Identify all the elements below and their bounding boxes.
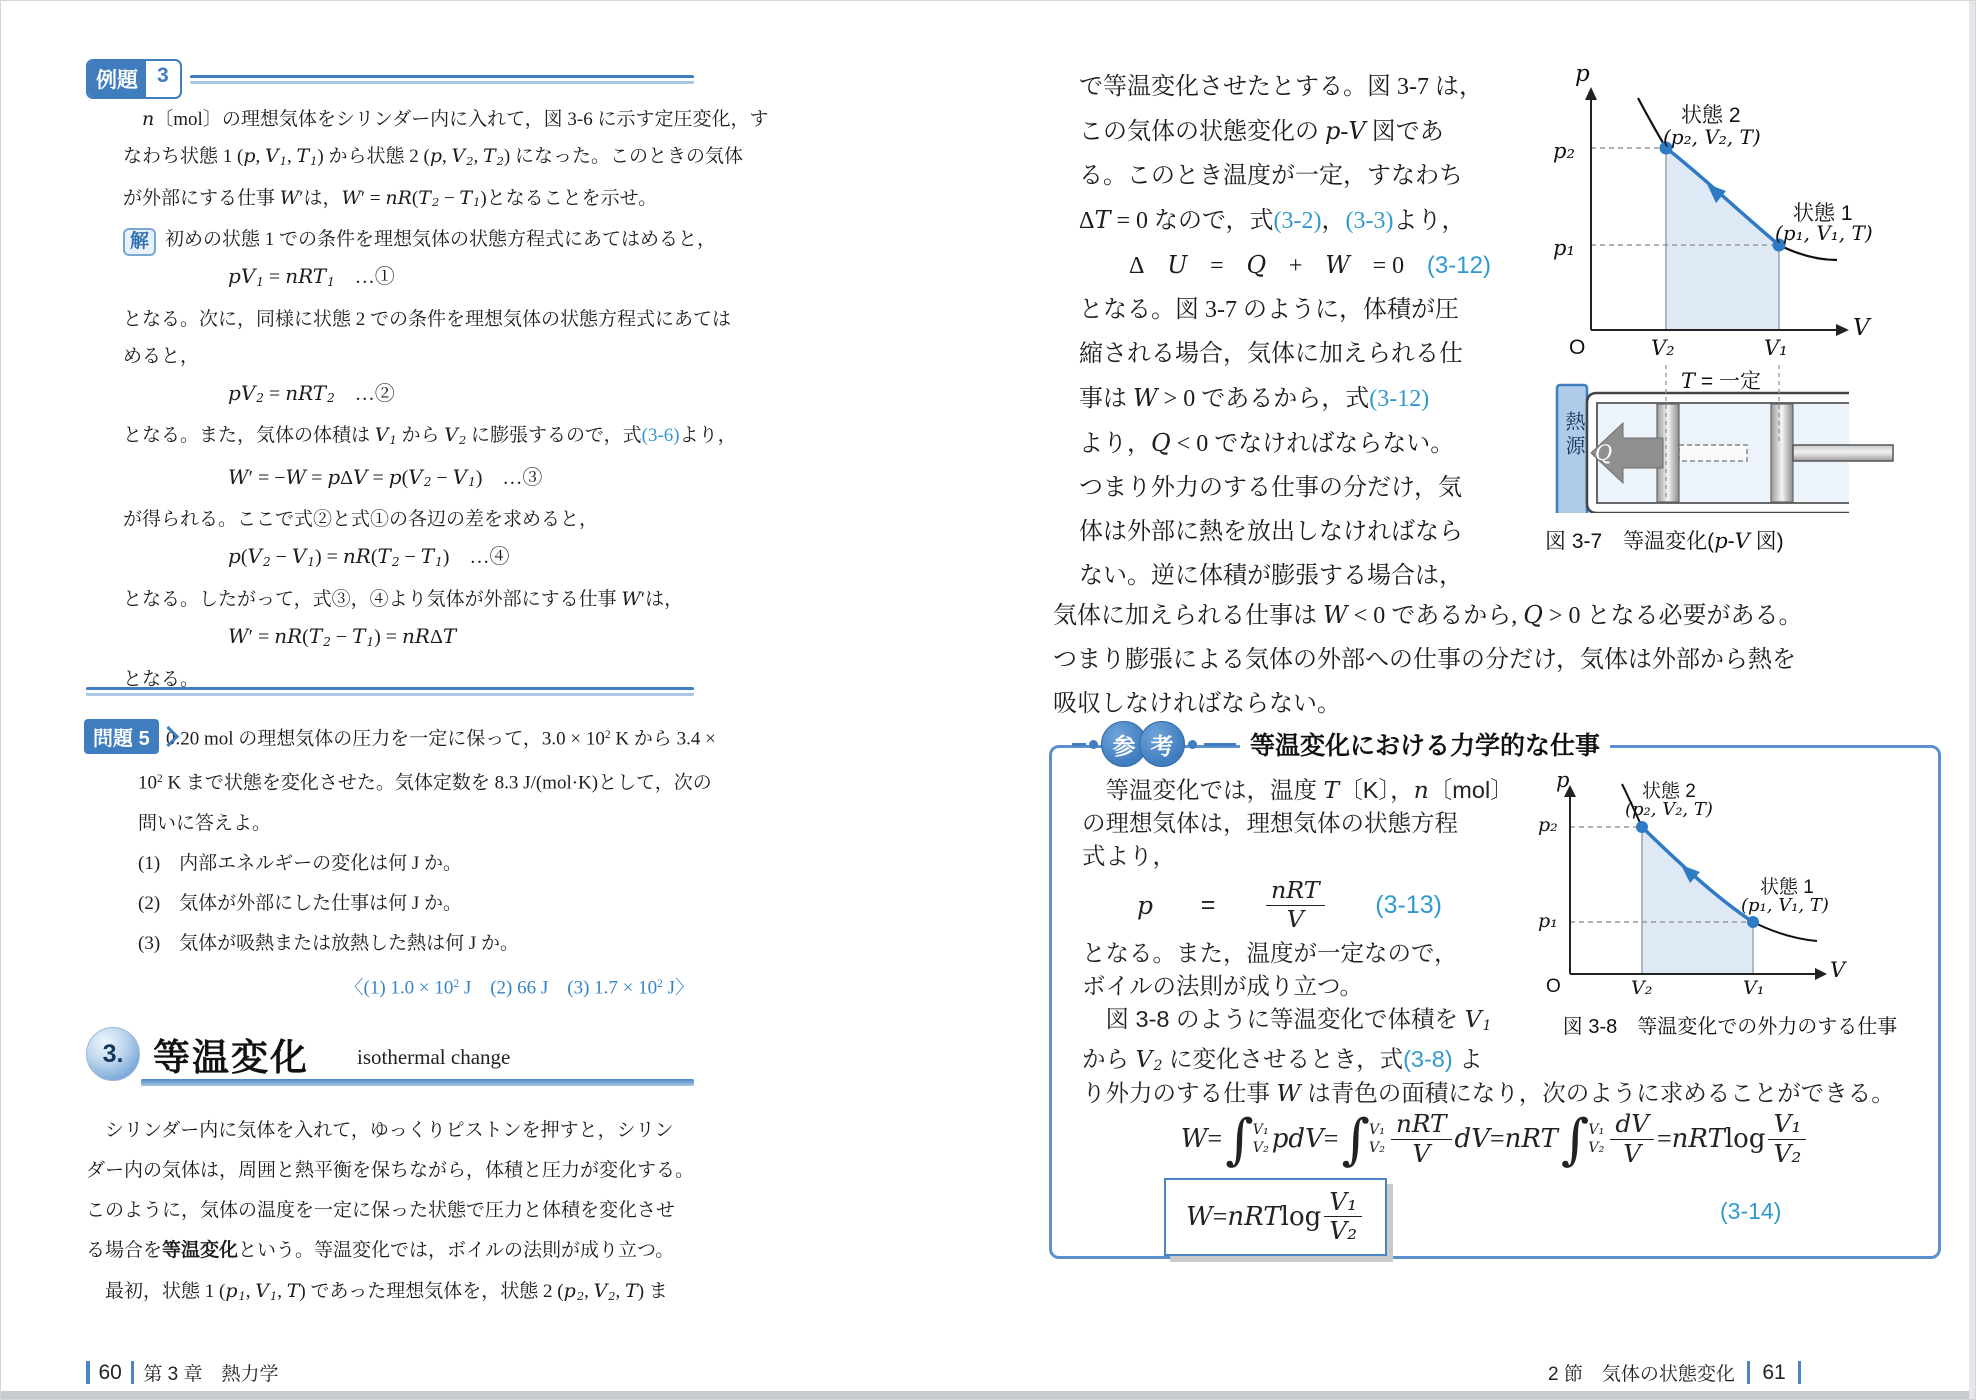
text-line: ボイルの法則が成り立つ。: [1082, 970, 1512, 1003]
text-line: となる。したがって，式③，④より気体が外部にする仕事 W′は，: [123, 581, 701, 618]
text-line: 体は外部に熱を放出しなければなら: [1079, 510, 1491, 554]
p-axis-label: p: [1575, 61, 1590, 87]
reference-title: 等温変化における力学的な仕事: [1240, 726, 1610, 762]
footer-bar: [1798, 1361, 1802, 1384]
text-line: 式より，: [1082, 840, 1512, 873]
pv-diagram-svg: [1530, 764, 1930, 1004]
text-line: の理想気体は，理想気体の状態方程: [1082, 807, 1512, 840]
piston-plate-v1: [1771, 404, 1793, 502]
reference-badge: 参 考 等温変化における力学的な仕事: [1072, 721, 1610, 767]
badge-line: [1072, 743, 1086, 746]
v-axis-label: V: [1830, 958, 1845, 982]
text-line: 102 K まで状態を変化させた。気体定数を 8.3 J/(mol·K)として，…: [138, 759, 694, 803]
state1-params: (p₁, V₁, T): [1741, 895, 1829, 916]
text-line: (2) 気体が外部にした仕事は何 J か。: [138, 884, 694, 924]
page-bottom-edge: [1, 1391, 1976, 1400]
text-line: 問いに答えよ。: [138, 804, 694, 844]
text-line: で等温変化させたとする。図 3-7 は，: [1079, 65, 1491, 109]
example-rule-bottom: [86, 687, 694, 696]
example-body: n〔mol〕の理想気体をシリンダー内に入れて，図 3-6 に示す定圧変化，すなわ…: [123, 101, 701, 698]
p-axis-label: p: [1556, 768, 1569, 792]
figure-3-8-caption: 図 3-8 等温変化での外力のする仕事: [1530, 1010, 1930, 1039]
text-line: n〔mol〕の理想気体をシリンダー内に入れて，図 3-6 に示す定圧変化，す: [123, 101, 701, 138]
work-area-shade: [1666, 148, 1779, 330]
text-line: 最初，状態 1 (p1, V1, T) であった理想気体を，状態 2 (p2, …: [86, 1271, 701, 1316]
equation-number: (3-12): [1427, 244, 1491, 288]
footer-bar: [131, 1361, 135, 1384]
origin-label: O: [1546, 976, 1561, 998]
text-line: つまり膨張による気体の外部への仕事の分だけ，気体は外部から熱を: [1053, 638, 1905, 682]
text-line: ない。逆に体積が膨張する場合は，: [1079, 554, 1491, 598]
heat-source-label: 熱源: [1559, 411, 1588, 459]
text-line: このように，気体の温度を一定に保った状態で圧力と体積を変化させ: [86, 1191, 701, 1231]
text-line: 図 3-8 のように等温変化で体積を V1: [1082, 1003, 1512, 1043]
text-line: p = nRTV(3-13): [1082, 873, 1512, 937]
section-underline: [141, 1079, 694, 1086]
work-area-shade: [1642, 827, 1753, 974]
problem-badge-number: 5: [139, 728, 150, 750]
state2-point: [1636, 821, 1648, 833]
reference-column: 等温変化では，温度 T〔K〕，n〔mol〕の理想気体は，理想気体の状態方程式より…: [1082, 774, 1512, 1083]
equation-number-3-14: (3-14): [1720, 1198, 1781, 1225]
badge-dot: [1188, 740, 1197, 749]
page-number-left: 60: [99, 1361, 122, 1385]
text-line: (3) 気体が吸熱または放熱した熱は何 J か。: [138, 924, 694, 964]
text-line: なわち状態 1 (p, V1, T1) から状態 2 (p, V2, T2) に…: [123, 138, 701, 180]
problem-lines: 0.20 mol の理想気体の圧力を一定に保って，3.0 × 102 K から …: [138, 715, 694, 1008]
example-rule-top: [190, 75, 694, 84]
p2-tick-label: p₂: [1553, 139, 1575, 163]
text-line: つまり外力のする仕事の分だけ，気: [1079, 466, 1491, 510]
work-integral-equation: W = ∫V₁V₂pdV = ∫V₁V₂nRTV dV = nRT ∫V₁V₂d…: [1092, 1104, 1898, 1174]
section-label: 2 節 気体の状態変化: [1548, 1359, 1735, 1386]
state2-params: (p₂, V₂, T): [1663, 125, 1761, 149]
text-line: る。このとき温度が一定，すなわち: [1079, 154, 1491, 198]
body-paragraph: シリンダー内に気体を入れて，ゆっくりピストンを押すと，シリンダー内の気体は，周囲…: [86, 1111, 701, 1316]
p1-tick-label: p₁: [1553, 236, 1575, 260]
reference-box: 参 考 等温変化における力学的な仕事 等温変化では，温度 T〔K〕，n〔mol〕…: [1049, 745, 1941, 1259]
section-title: 等温変化: [153, 1027, 309, 1081]
example-badge-label: 例題: [88, 61, 146, 97]
t-constant-label: T = 一定: [1681, 365, 1761, 395]
text-line: が外部にする仕事 W′は，W′ = nR(T2 − T1)となることを示せ。: [123, 180, 701, 222]
footer-bar: [86, 1361, 90, 1384]
chevron-right-icon: [158, 726, 179, 747]
v2-tick-label: V₂: [1651, 336, 1675, 360]
p1-tick-label: p₁: [1538, 910, 1558, 932]
text-line: 等温変化では，温度 T〔K〕，n〔mol〕: [1082, 774, 1512, 807]
text-line: 解初めの状態 1 での条件を理想気体の状態方程式にあてはめると，: [123, 221, 701, 258]
v-axis-label: V: [1853, 315, 1870, 341]
text-line: この気体の状態変化の p-V 図であ: [1079, 109, 1491, 154]
heat-q-label: Q: [1595, 441, 1612, 465]
text-line: となる。図 3-7 のように，体積が圧: [1079, 288, 1491, 332]
text-line: ダー内の気体は，周囲と熱平衡を保ちながら，体積と圧力が変化する。: [86, 1151, 701, 1191]
badge-dot: [1089, 740, 1098, 749]
state1-point: [1747, 916, 1759, 928]
text-line: 気体に加えられる仕事は W < 0 であるから, Q > 0 となる必要がある。: [1053, 593, 1905, 638]
piston-rod: [1793, 445, 1893, 461]
state2-params: (p₂, V₂, T): [1625, 799, 1713, 820]
section-subtitle: isothermal change: [357, 1045, 510, 1070]
text-line: 吸収しなければならない。: [1053, 682, 1905, 726]
text-line: が得られる。ここで式②と式①の各辺の差を求めると，: [123, 501, 701, 538]
text-line: めると，: [123, 338, 701, 375]
text-line: pV2 = nRT2 …②: [123, 375, 701, 418]
phantom-rod: [1679, 445, 1747, 461]
text-line: る場合を等温変化という。等温変化では，ボイルの法則が成り立つ。: [86, 1231, 701, 1271]
problem-badge-label: 問題: [93, 728, 133, 750]
text-line: 0.20 mol の理想気体の圧力を一定に保って，3.0 × 102 K から …: [138, 715, 694, 759]
reference-badge-char2: 考: [1139, 721, 1185, 767]
text-line: となる。また，気体の体積は V1 から V2 に膨張するので，式(3-6)より，: [123, 417, 701, 459]
text-line: 縮される場合，気体に加えられる仕: [1079, 332, 1491, 376]
textbook-spread: 例題 3 n〔mol〕の理想気体をシリンダー内に入れて，図 3-6 に示す定圧変…: [0, 0, 1976, 1400]
footer-left: 60 第 3 章 熱力学: [86, 1359, 278, 1386]
text-line: 事は W > 0 であるから，式(3-12): [1079, 376, 1491, 421]
equation-number: (3-13): [1375, 889, 1442, 922]
text-line: 〈(1) 1.0 × 102 J (2) 66 J (3) 1.7 × 102 …: [138, 964, 694, 1008]
example-header: 例題 3: [86, 59, 694, 99]
text-line: となる。次に，同様に状態 2 での条件を理想気体の状態方程式にあては: [123, 301, 701, 338]
v1-tick-label: V₁: [1743, 977, 1764, 999]
text-line: (1) 内部エネルギーの変化は何 J か。: [138, 844, 694, 884]
text-line: W′ = nR(T2 − T1) = nRΔT: [123, 618, 701, 661]
text-line: となる。また，温度が一定なので，: [1082, 937, 1512, 970]
text-line: pV1 = nRT1 …①: [123, 258, 701, 301]
text-line: ΔT = 0 なので，式(3-2)，(3-3)より，: [1079, 198, 1491, 243]
text-line: シリンダー内に気体を入れて，ゆっくりピストンを押すと，シリン: [86, 1111, 701, 1151]
v2-tick-label: V₂: [1631, 977, 1652, 999]
figure-3-7: p V O p₂ p₁ V₂ V₁ 状態 2 (p₂, V₂, T) 状態 1 …: [1531, 53, 1935, 558]
right-full-column: 気体に加えられる仕事は W < 0 であるから, Q > 0 となる必要がある。…: [1053, 593, 1905, 726]
page-right-edge: [1969, 1, 1976, 1400]
figure-3-8: p V O p₂ p₁ V₂ V₁ 状態 2 (p₂, V₂, T) 状態 1 …: [1530, 764, 1934, 1054]
text-line: p(V2 − V1) = nR(T2 − T1) …④: [123, 538, 701, 581]
state1-params: (p₁, V₁, T): [1775, 221, 1873, 245]
footer-bar: [1747, 1361, 1751, 1384]
problem-badge-rect: 問題 5: [84, 719, 159, 754]
example-badge: 例題 3: [86, 59, 182, 99]
p2-tick-label: p₂: [1538, 814, 1558, 836]
boxed-equation-3-14: W = nRT log V₁V₂: [1164, 1178, 1387, 1256]
text-line: ΔU = Q + W = 0(3-12): [1079, 243, 1491, 288]
right-narrow-column: で等温変化させたとする。図 3-7 は，この気体の状態変化の p-V 図である。…: [1079, 65, 1491, 598]
footer-right: 2 節 気体の状態変化 61: [1548, 1359, 1801, 1386]
page-number-right: 61: [1762, 1361, 1785, 1385]
v1-tick-label: V₁: [1764, 336, 1788, 360]
section-number-badge: 3.: [86, 1027, 140, 1081]
example-badge-number: 3: [146, 61, 180, 97]
text-line: W′ = −W = pΔV = p(V2 − V1) …③: [123, 459, 701, 502]
origin-label: O: [1569, 336, 1585, 360]
problem-badge: 問題 5: [84, 719, 176, 754]
text-line: より，Q < 0 でなければならない。: [1079, 421, 1491, 466]
chapter-label: 第 3 章 熱力学: [143, 1359, 278, 1386]
reference-full-line: り外力のする仕事 W は青色の面積になり，次のように求めることができる。: [1082, 1074, 1922, 1108]
problem-block: 問題 5 0.20 mol の理想気体の圧力を一定に保って，3.0 × 102 …: [138, 715, 694, 1008]
figure-3-7-caption: 図 3-7 等温変化(p-V 図): [1545, 525, 1784, 555]
badge-line: [1204, 743, 1236, 746]
